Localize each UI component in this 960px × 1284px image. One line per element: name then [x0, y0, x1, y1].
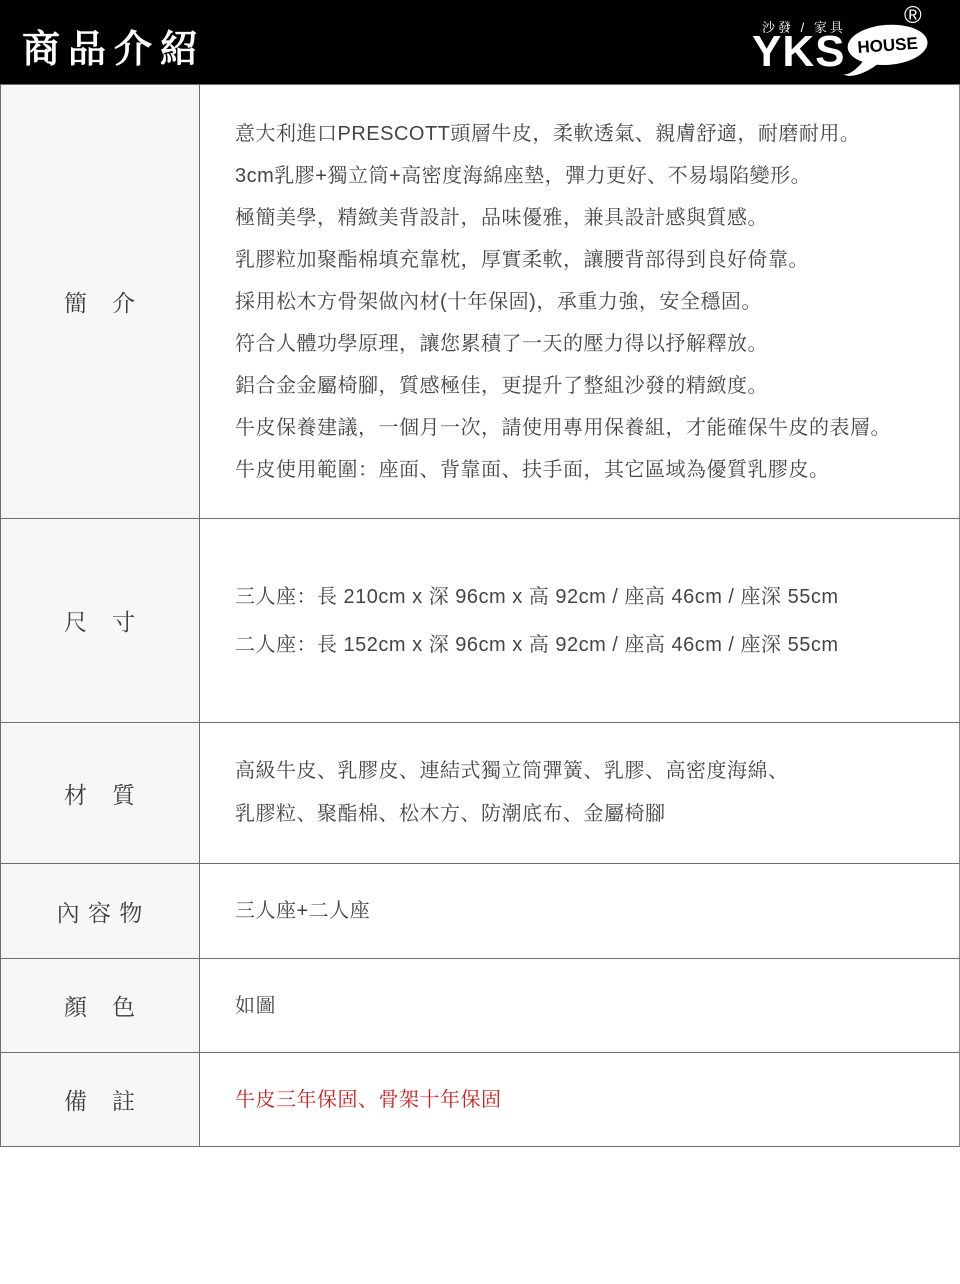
spec-value-contents: 三人座+二人座: [200, 864, 959, 958]
spec-line: 高級牛皮、乳膠皮、連結式獨立筒彈簧、乳膠、高密度海綿、: [235, 750, 959, 793]
spec-value-dimensions: 三人座：長 210cm x 深 96cm x 高 92cm / 座高 46cm …: [200, 519, 959, 722]
spec-line: 乳膠粒加聚酯棉填充靠枕，厚實柔軟，讓腰背部得到良好倚靠。: [235, 239, 959, 281]
spec-line: 鋁合金金屬椅腳，質感極佳，更提升了整組沙發的精緻度。: [235, 365, 959, 407]
spec-value-materials: 高級牛皮、乳膠皮、連結式獨立筒彈簧、乳膠、高密度海綿、乳膠粒、聚酯棉、松木方、防…: [200, 723, 959, 863]
spec-line: 牛皮保養建議，一個月一次，請使用專用保養組，才能確保牛皮的表層。: [235, 407, 959, 449]
spec-row-notes: 備 註牛皮三年保固、骨架十年保固: [0, 1053, 960, 1147]
spec-label-notes: 備 註: [0, 1053, 200, 1146]
spec-line: 牛皮三年保固、骨架十年保固: [235, 1085, 959, 1115]
spec-line: 二人座：長 152cm x 深 96cm x 高 92cm / 座高 46cm …: [235, 621, 959, 669]
spec-line: 三人座+二人座: [235, 896, 959, 926]
header: 商品介紹 沙發 / 家具 YKS HOUSE ®: [0, 0, 960, 84]
spec-line: 意大利進口PRESCOTT頭層牛皮，柔軟透氣、親膚舒適，耐磨耐用。: [235, 113, 959, 155]
registered-trademark-icon: ®: [904, 4, 922, 28]
spec-line: 乳膠粒、聚酯棉、松木方、防潮底布、金屬椅腳: [235, 793, 959, 836]
spec-line: 符合人體功學原理，讓您累積了一天的壓力得以抒解釋放。: [235, 323, 959, 365]
spec-label-dimensions: 尺 寸: [0, 519, 200, 722]
brand-name: YKS: [752, 30, 845, 74]
spec-label-contents: 內 容 物: [0, 864, 200, 958]
spec-row-color: 顏 色如圖: [0, 959, 960, 1053]
spec-row-dimensions: 尺 寸三人座：長 210cm x 深 96cm x 高 92cm / 座高 46…: [0, 519, 960, 723]
spec-value-intro: 意大利進口PRESCOTT頭層牛皮，柔軟透氣、親膚舒適，耐磨耐用。3cm乳膠+獨…: [200, 85, 959, 518]
spec-line: 三人座：長 210cm x 深 96cm x 高 92cm / 座高 46cm …: [235, 573, 959, 621]
spec-value-notes: 牛皮三年保固、骨架十年保固: [200, 1053, 959, 1146]
spec-line: 3cm乳膠+獨立筒+高密度海綿座墊，彈力更好、不易塌陷變形。: [235, 155, 959, 197]
spec-row-intro: 簡 介意大利進口PRESCOTT頭層牛皮，柔軟透氣、親膚舒適，耐磨耐用。3cm乳…: [0, 85, 960, 519]
spec-row-contents: 內 容 物三人座+二人座: [0, 864, 960, 959]
house-speech-bubble-icon: HOUSE: [838, 21, 934, 81]
page-title: 商品介紹: [22, 31, 206, 69]
spec-row-materials: 材 質高級牛皮、乳膠皮、連結式獨立筒彈簧、乳膠、高密度海綿、乳膠粒、聚酯棉、松木…: [0, 723, 960, 864]
spec-line: 如圖: [235, 991, 959, 1021]
brand-logo: 沙發 / 家具 YKS HOUSE ®: [738, 0, 950, 84]
spec-label-intro: 簡 介: [0, 85, 200, 518]
spec-table: 簡 介意大利進口PRESCOTT頭層牛皮，柔軟透氣、親膚舒適，耐磨耐用。3cm乳…: [0, 84, 960, 1147]
spec-label-materials: 材 質: [0, 723, 200, 863]
spec-line: 極簡美學，精緻美背設計，品味優雅，兼具設計感與質感。: [235, 197, 959, 239]
product-info-page: { "header": { "title": "商品介紹", "brand": …: [0, 0, 960, 1284]
spec-line: 採用松木方骨架做內材(十年保固)，承重力強，安全穩固。: [235, 281, 959, 323]
spec-label-color: 顏 色: [0, 959, 200, 1052]
spec-value-color: 如圖: [200, 959, 959, 1052]
spec-line: 牛皮使用範圍：座面、背靠面、扶手面，其它區域為優質乳膠皮。: [235, 449, 959, 491]
